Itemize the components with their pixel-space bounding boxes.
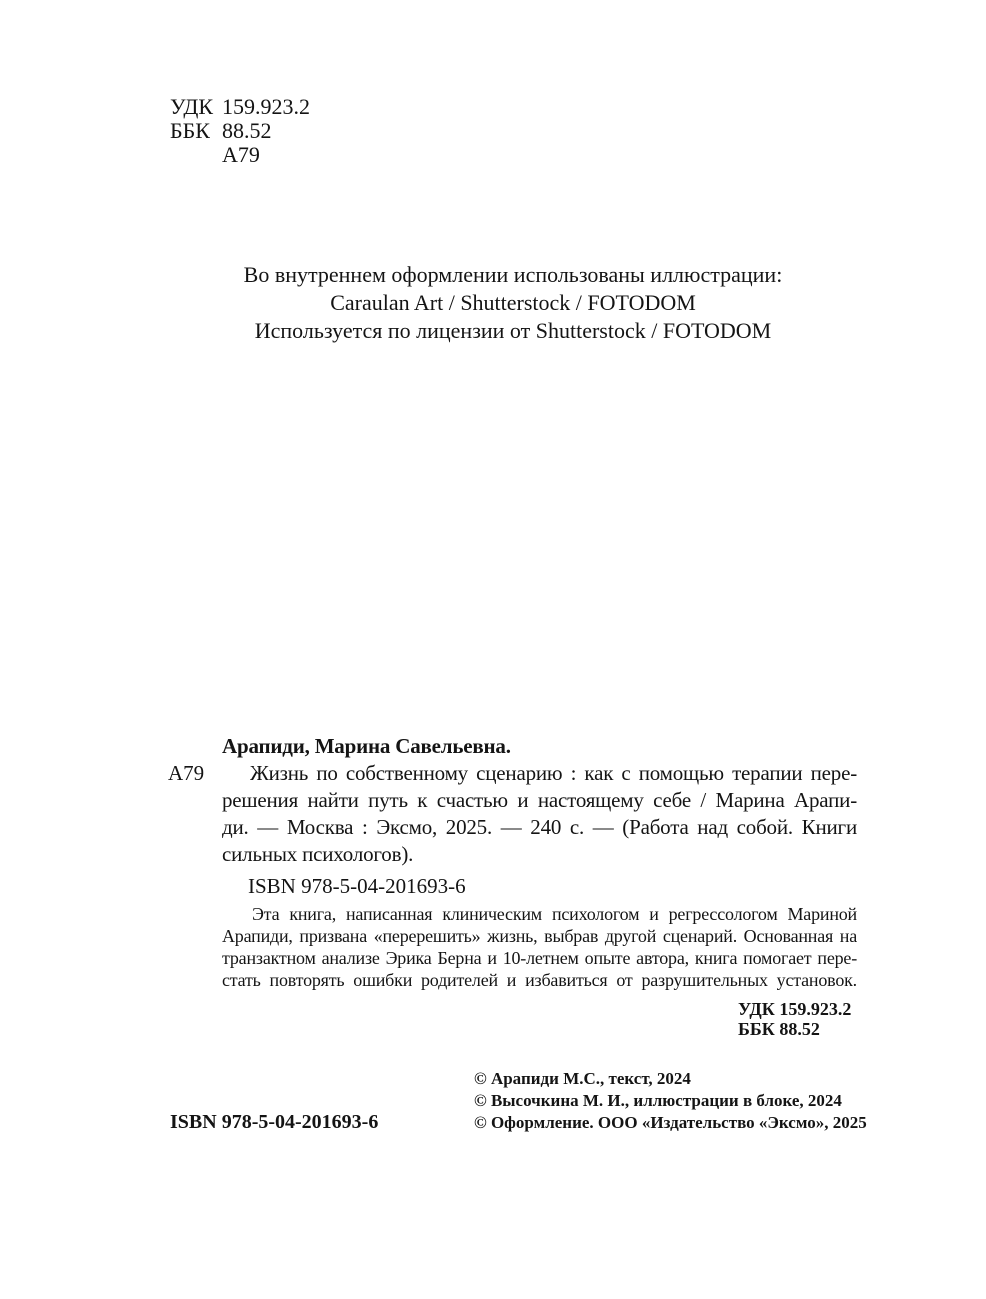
credits-line: Во внутреннем оформлении использованы ил… (168, 261, 858, 289)
classification-codes-bottom: УДК 159.923.2 ББК 88.52 (738, 999, 851, 1039)
annotation-line: стать повторять ошибки родителей и избав… (222, 969, 857, 991)
author-sign-spacer (170, 143, 222, 167)
bbk-row: ББК 88.52 (170, 119, 310, 143)
udk-bottom: УДК 159.923.2 (738, 999, 851, 1019)
book-imprint-page: УДК 159.923.2 ББК 88.52 А79 Во внутренне… (0, 0, 986, 1299)
credits-line: Используется по лицензии от Shutterstock… (168, 317, 858, 345)
catalog-author-sign: А79 (168, 760, 204, 787)
credits-line: Caraulan Art / Shutterstock / FOTODOM (168, 289, 858, 317)
annotation-line: транзактном анализе Эрика Берна и 10-лет… (222, 947, 857, 969)
classification-codes-top: УДК 159.923.2 ББК 88.52 А79 (170, 95, 310, 167)
bbk-value: 88.52 (222, 119, 272, 143)
udk-value: 159.923.2 (222, 95, 310, 119)
copyright-line: © Высочкина М. И., иллюстрации в блоке, … (474, 1090, 867, 1112)
annotation-paragraph: Эта книга, написанная клиническим психол… (222, 903, 857, 991)
author-sign-row: А79 (170, 143, 310, 167)
isbn-bottom: ISBN 978-5-04-201693-6 (170, 1110, 378, 1134)
author-sign-top: А79 (222, 143, 260, 167)
annotation-line: Эта книга, написанная клиническим психол… (222, 903, 857, 925)
catalog-author-heading: Арапиди, Марина Савельевна. (222, 733, 857, 760)
copyright-line: © Арапиди М.С., текст, 2024 (474, 1068, 867, 1090)
catalog-description-line: сильных психологов). (222, 841, 857, 868)
copyright-line: © Оформление. ООО «Издательство «Эксмо»,… (474, 1112, 867, 1134)
isbn-catalog: ISBN 978-5-04-201693-6 (248, 873, 466, 900)
catalog-description-line: Жизнь по собственному сценарию : как с п… (222, 760, 857, 787)
catalog-description-line: решения найти путь к счастью и настоящем… (222, 787, 857, 814)
bbk-bottom: ББК 88.52 (738, 1019, 851, 1039)
annotation-line: Арапиди, призвана «перерешить» жизнь, вы… (222, 925, 857, 947)
catalog-description-line: ди. — Москва : Эксмо, 2025. — 240 с. — (… (222, 814, 857, 841)
udk-label: УДК (170, 95, 222, 119)
catalog-entry: Арапиди, Марина Савельевна. А79 Жизнь по… (222, 733, 857, 868)
illustration-credits: Во внутреннем оформлении использованы ил… (168, 261, 858, 345)
udk-row: УДК 159.923.2 (170, 95, 310, 119)
copyright-block: © Арапиди М.С., текст, 2024 © Высочкина … (474, 1068, 867, 1134)
bbk-label: ББК (170, 119, 222, 143)
